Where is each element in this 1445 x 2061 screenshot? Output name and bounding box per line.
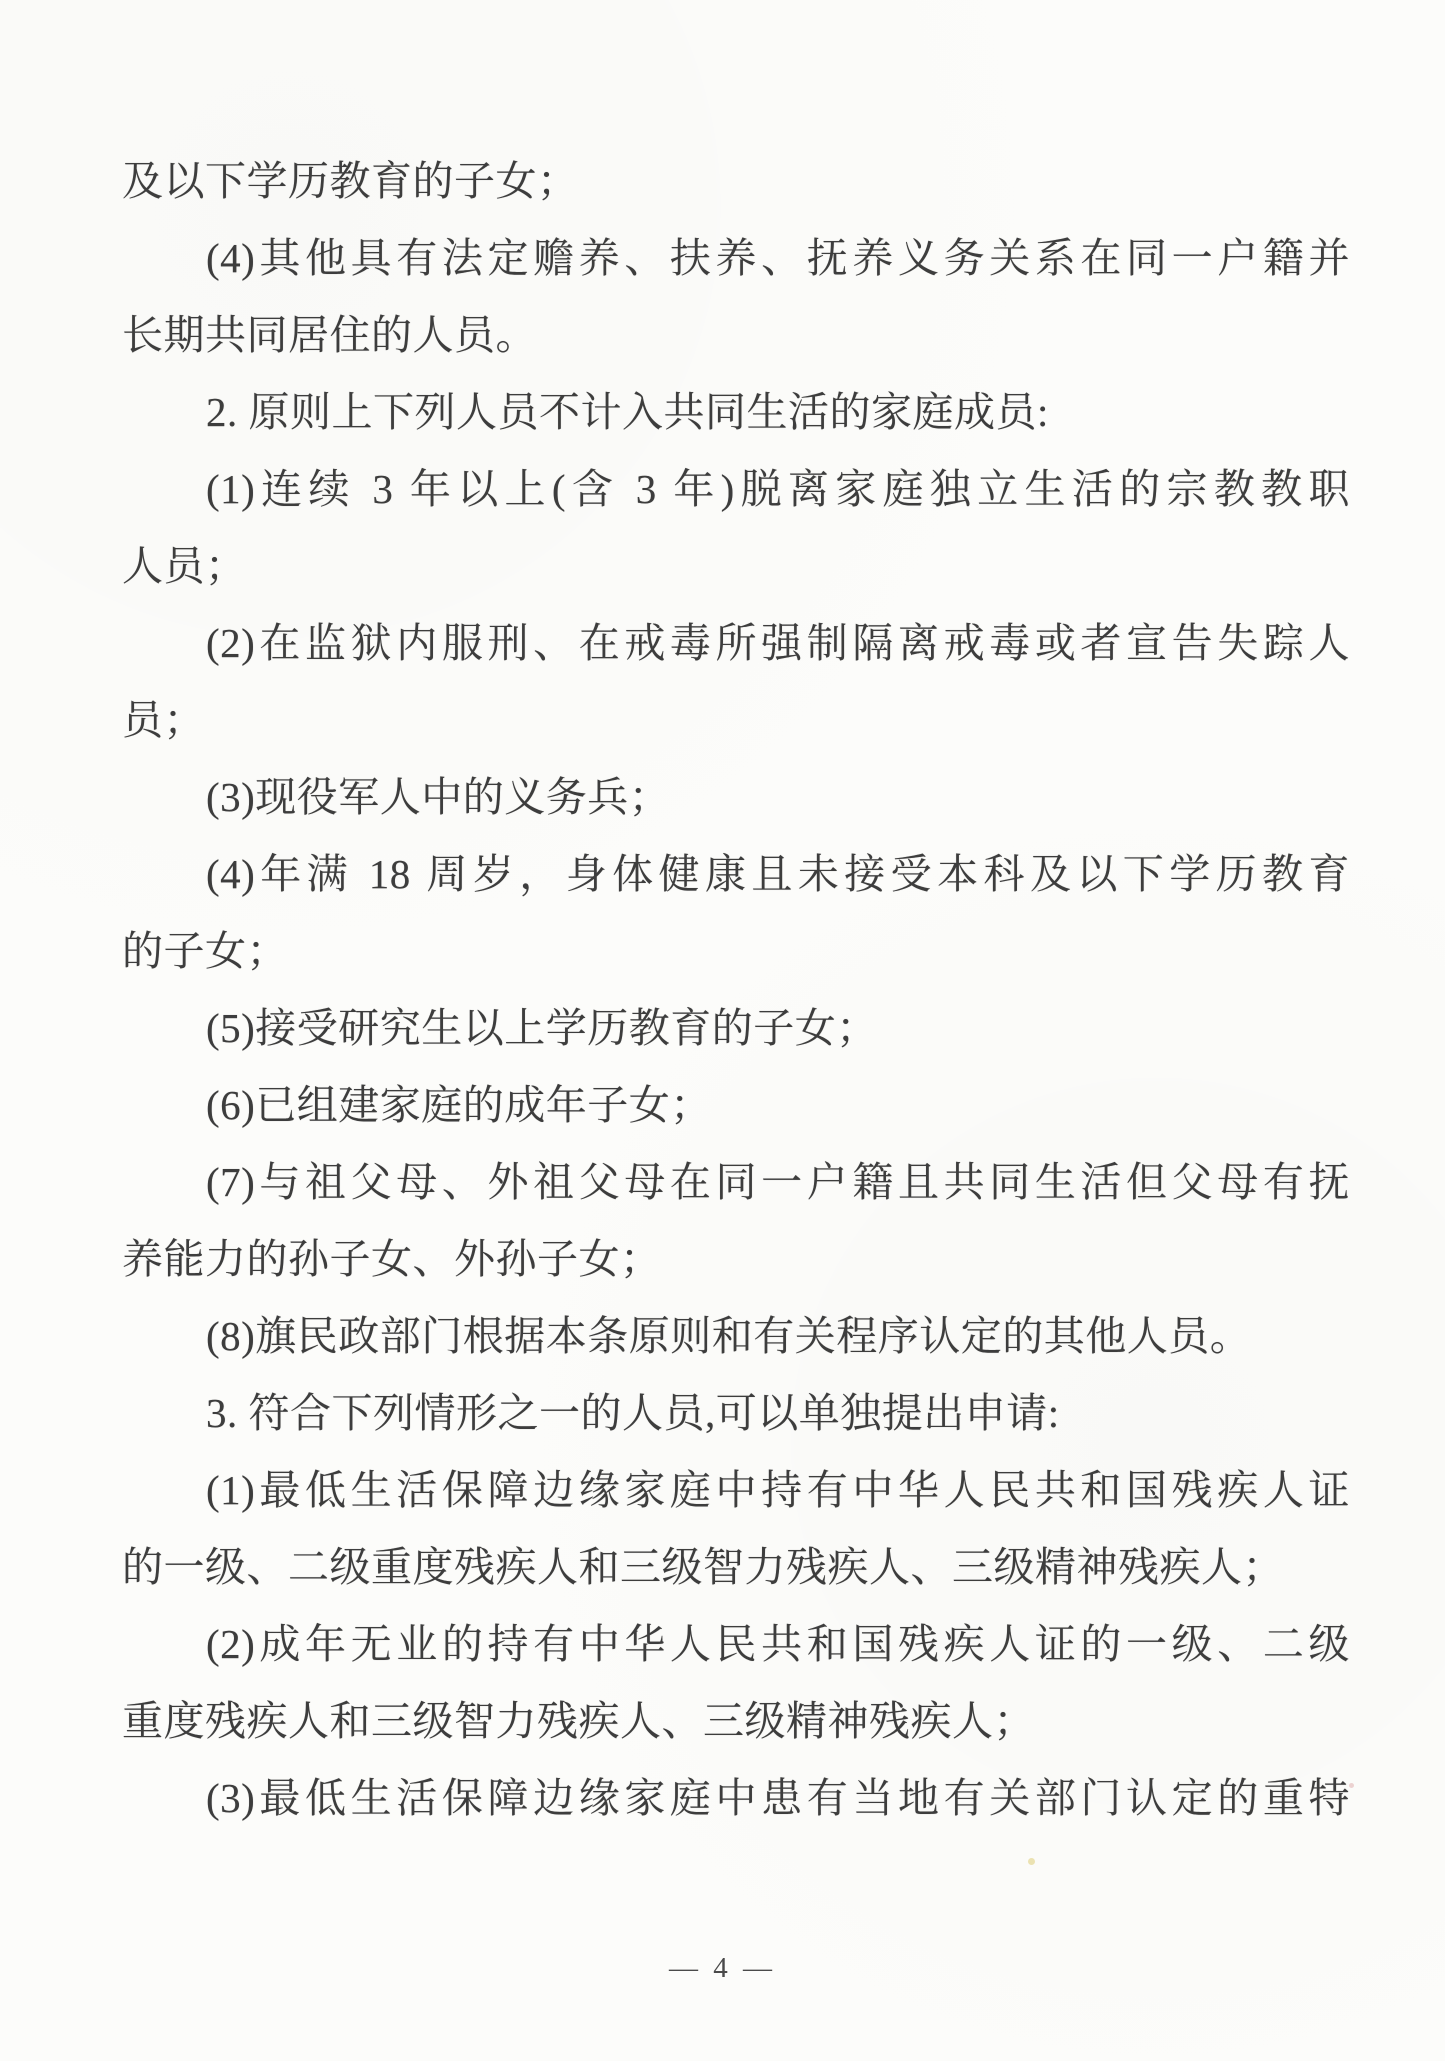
text-line: (2)成年无业的持有中华人民共和国残疾人证的一级、二级 — [122, 1606, 1350, 1683]
text-line: (4)年满 18 周岁，身体健康且未接受本科及以下学历教育 — [122, 836, 1350, 913]
text-line: (8)旗民政部门根据本条原则和有关程序认定的其他人员。 — [122, 1298, 1350, 1375]
page-number: — 4 — — [0, 1952, 1445, 1985]
text-line: 2. 原则上下列人员不计入共同生活的家庭成员: — [122, 374, 1350, 451]
text-line: (1)最低生活保障边缘家庭中持有中华人民共和国残疾人证 — [122, 1452, 1350, 1529]
text-line: (1)连续 3 年以上(含 3 年)脱离家庭独立生活的宗教教职 — [122, 451, 1350, 528]
text-line: 及以下学历教育的子女； — [122, 143, 1350, 220]
document-page: 及以下学历教育的子女； (4)其他具有法定赡养、扶养、抚养义务关系在同一户籍并 … — [0, 0, 1445, 2061]
text-line: 人员； — [122, 528, 1350, 605]
text-line: (7)与祖父母、外祖父母在同一户籍且共同生活但父母有抚 — [122, 1144, 1350, 1221]
text-line: (2)在监狱内服刑、在戒毒所强制隔离戒毒或者宣告失踪人 — [122, 605, 1350, 682]
text-line: 3. 符合下列情形之一的人员,可以单独提出申请: — [122, 1375, 1350, 1452]
text-line: (5)接受研究生以上学历教育的子女； — [122, 990, 1350, 1067]
text-line: (3)最低生活保障边缘家庭中患有当地有关部门认定的重特 — [122, 1760, 1350, 1837]
scan-speck — [1028, 1858, 1035, 1865]
text-line: (6)已组建家庭的成年子女； — [122, 1067, 1350, 1144]
document-body: 及以下学历教育的子女； (4)其他具有法定赡养、扶养、抚养义务关系在同一户籍并 … — [122, 143, 1350, 1837]
text-line: 养能力的孙子女、外孙子女； — [122, 1221, 1350, 1298]
text-line: 重度残疾人和三级智力残疾人、三级精神残疾人； — [122, 1683, 1350, 1760]
text-line: 长期共同居住的人员。 — [122, 297, 1350, 374]
scan-speck — [1349, 1783, 1354, 1788]
text-line: 员； — [122, 682, 1350, 759]
text-line: (4)其他具有法定赡养、扶养、抚养义务关系在同一户籍并 — [122, 220, 1350, 297]
text-line: (3)现役军人中的义务兵； — [122, 759, 1350, 836]
text-line: 的一级、二级重度残疾人和三级智力残疾人、三级精神残疾人； — [122, 1529, 1350, 1606]
text-line: 的子女； — [122, 913, 1350, 990]
